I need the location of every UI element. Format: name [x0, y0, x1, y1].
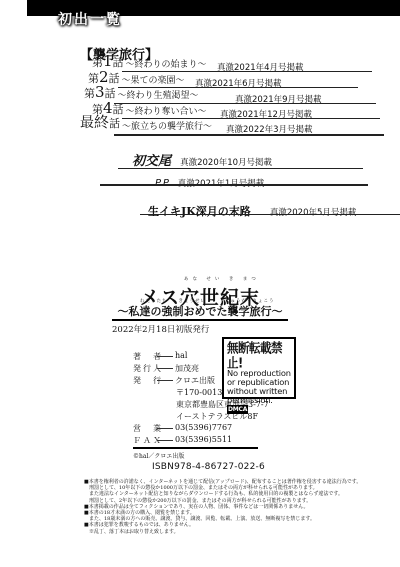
chapter-number: 終	[94, 113, 109, 131]
contact-value: 03(5396)5511	[175, 435, 232, 446]
publish-date: 2022年2月18日初版発行	[112, 323, 209, 335]
oneshot-3: 生イキJK深月の末路 真激2020年5月号掲載	[148, 200, 356, 219]
dash-leader	[157, 375, 173, 381]
credit-label: 著 者	[133, 351, 157, 362]
dmca-badge: DMCA	[227, 405, 248, 414]
contact-value: 03(5396)7767	[175, 423, 232, 434]
oneshot-title: 初交尾	[132, 154, 171, 169]
chapter-subtitle: ～果ての楽園～	[122, 73, 185, 86]
credits-rule	[133, 447, 258, 449]
credit-label: 発 行	[133, 375, 157, 386]
legal-notices: ■本書を権利者の許諾なく、インターネットを通じて配信(アップロード)、配布するこ…	[84, 479, 384, 535]
chapter-subtitle: ～終わり生殖渇望～	[118, 88, 199, 101]
dash-leader	[157, 423, 173, 429]
credit-publisher-person: 発行人 加茂亮	[133, 363, 199, 374]
credit-label: 発行人	[133, 363, 157, 374]
chapter-subtitle: ～旅立ちの襲学旅行～	[122, 119, 212, 132]
contact-fax: ＦＡＸ 03(5396)5511	[133, 435, 232, 446]
divider	[114, 134, 384, 136]
divider	[100, 184, 368, 186]
oneshot-title: 生イキJK深月の末路	[148, 205, 251, 218]
chapter-prefix: 最	[80, 115, 94, 131]
title-rule	[112, 319, 288, 321]
credit-value: クロエ出版	[175, 375, 215, 386]
contact-sales: 営 業 03(5396)7767	[133, 423, 232, 434]
chapter-subtitle: ～終わり奪い合い～	[126, 104, 207, 117]
divider	[140, 214, 400, 215]
credit-value: hal	[175, 351, 187, 362]
oneshot-1: 初交尾 真激2020年10月号掲載	[132, 150, 272, 169]
contact-label: 営 業	[133, 423, 157, 434]
notice-line: ※乱丁、落丁本はお取り替え致します。	[84, 529, 384, 535]
credit-publisher: 発 行 クロエ出版	[133, 375, 215, 386]
notice-line: また違法なインターネット配信と知りながらダウンロードする行為も、私的使用目的の複…	[84, 491, 384, 497]
oneshot-magazine: 真激2020年10月号掲載	[180, 158, 272, 168]
credit-author: 著 者 hal	[133, 351, 187, 362]
chapter-final: 最終話 ～旅立ちの襲学旅行～	[80, 118, 212, 132]
isbn: ISBN978-4-86727-022-6	[152, 462, 265, 472]
contact-label: ＦＡＸ	[133, 435, 157, 446]
oneshot-magazine: 真激2020年5月号掲載	[270, 208, 357, 218]
divider	[118, 168, 363, 169]
dmca-jp-text: 無断転載禁止!	[227, 341, 292, 371]
oneshot-2: P.P. 真激2021年1月号掲載	[155, 171, 264, 190]
header-title: 初出一覧	[58, 9, 122, 29]
credit-value: 加茂亮	[175, 363, 199, 374]
dash-leader	[157, 351, 173, 357]
book-subtitle: ～私達の強制おめでた襲学旅行～	[0, 303, 400, 319]
dmca-notice-box: 無断転載禁止! No reproduction or republication…	[222, 337, 296, 399]
chapter-subtitle: ～終わりの始まり～	[126, 57, 207, 70]
dash-leader	[157, 435, 173, 441]
title-ruby: あな せい き まつ	[184, 276, 260, 282]
address-postal: 〒170-0013	[176, 387, 222, 398]
chapter-suffix: 話	[109, 117, 120, 130]
dash-leader	[157, 363, 173, 369]
copyright: ©hal／クロエ出版	[133, 451, 184, 460]
dmca-en-line: permission.	[227, 395, 273, 405]
